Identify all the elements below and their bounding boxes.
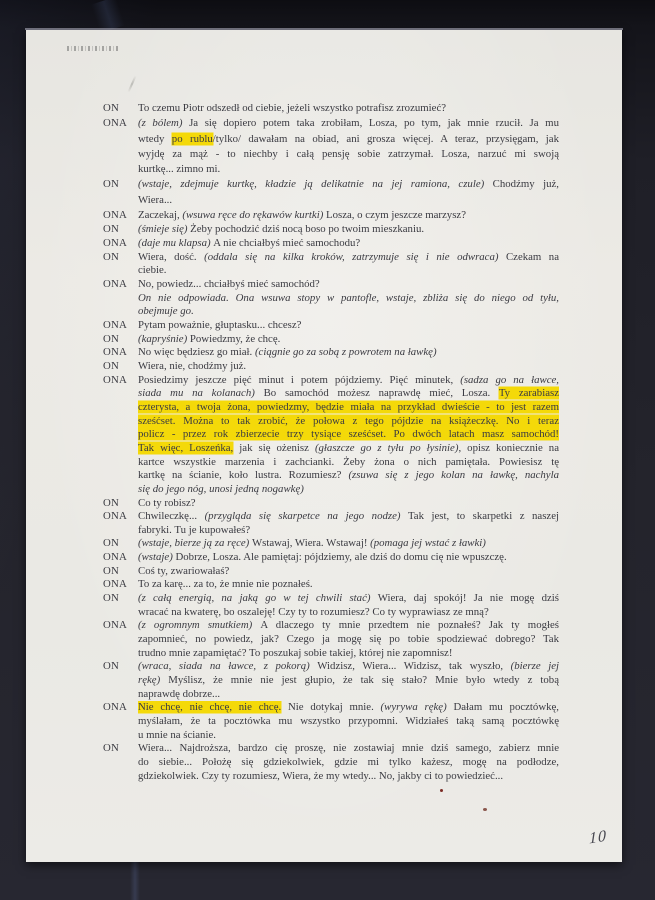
speaker-label: ON — [103, 497, 138, 511]
entry-body: (kapryśnie) Powiedzmy, że chcę. — [138, 333, 559, 347]
dialogue-text: Dałam mu pocztówkę, — [453, 701, 559, 713]
script-line: No więc będziesz go miał. (ciągnie go za… — [138, 346, 559, 360]
entry-body: To czemu Piotr odszedł od ciebie, jeżeli… — [138, 101, 559, 116]
dialogue-text: Losza, o czym jeszcze marzysz? — [326, 209, 466, 221]
speaker-label: ON — [103, 177, 138, 208]
speaker-label: ONA — [103, 278, 138, 292]
speaker-label: ONA — [103, 510, 138, 537]
speaker-label — [103, 292, 138, 319]
script-line: (wstaje) Dobrze, Losza. Ale pamiętaj: pó… — [138, 551, 559, 565]
dialogue-text: Tak jest, to skarpetki z naszej — [408, 510, 559, 522]
stage-direction: (wyrywa rękę) — [381, 701, 454, 713]
script-line: ciebie. — [138, 264, 559, 278]
script-line: kurtkę... zimno mi. — [138, 162, 559, 177]
script-line: Co ty robisz? — [138, 497, 559, 511]
stage-direction: (wstaje, zdejmuje kurtkę, kładzie ją del… — [138, 178, 493, 190]
speaker-label: ONA — [103, 319, 138, 333]
dialogue-entry: ONWiera... Najdroższa, bardzo cię proszę… — [103, 742, 559, 783]
entry-body: Co ty robisz? — [138, 497, 559, 511]
dialogue-entry: ON(wraca, siada na ławce, z pokorą) Widz… — [103, 660, 559, 701]
document-page: ONTo czemu Piotr odszedł od ciebie, jeże… — [26, 30, 622, 862]
entry-body: (daje mu klapsa) A nie chciałbyś mieć sa… — [138, 237, 559, 251]
script-line: To czemu Piotr odszedł od ciebie, jeżeli… — [138, 101, 559, 116]
dialogue-text: Chodźmy już, — [493, 178, 559, 190]
stage-direction: (śmieje się) — [138, 223, 190, 235]
stage-direction: (zsuwa się z jego kolan na ławkę, nachyl… — [348, 469, 559, 481]
entry-body: Wiera, nie, chodźmy już. — [138, 360, 559, 374]
stage-direction: (pomaga jej wstać z ławki) — [370, 537, 486, 549]
dialogue-text: do siebie... Położę się gdziekolwiek, gd… — [138, 756, 559, 768]
highlighted-text: Ty zarabiasz — [499, 387, 559, 399]
speaker-label: ONA — [103, 374, 138, 497]
entry-body: (z całą energią, na jaką go w tej chwili… — [138, 592, 559, 619]
red-speck — [483, 808, 487, 811]
dialogue-text: Ja się dopiero potem taka zrobiłam, Losz… — [189, 117, 559, 129]
stage-direction: (wstaje, bierze ją za ręce) — [138, 537, 252, 549]
stage-direction: (daje mu klapsa) — [138, 237, 213, 249]
speaker-label: ONA — [103, 619, 138, 660]
entry-body: Coś ty, zwariowałaś? — [138, 565, 559, 579]
entry-body: Posiedzimy jeszcze pięć minut i potem pó… — [138, 374, 559, 497]
speaker-label: ON — [103, 333, 138, 347]
entry-body: Wiera... Najdroższa, bardzo cię proszę, … — [138, 742, 559, 783]
dialogue-text: Wstawaj, Wiera. Wstawaj! — [252, 537, 370, 549]
stage-direction: (wraca, siada na ławce, z pokorą) — [138, 660, 317, 672]
speaker-label: ON — [103, 565, 138, 579]
script-line: trudno mnie zapamiętać? To poszukaj sobi… — [138, 647, 559, 661]
dialogue-entry: ONWiera, nie, chodźmy już. — [103, 360, 559, 374]
dialogue-text: Nie dotykaj mnie. — [281, 701, 380, 713]
speaker-label: ON — [103, 251, 138, 278]
scan-streak — [130, 856, 140, 900]
script-line: zapomnieć, no powiedz, jak? Czego ja mog… — [138, 633, 559, 647]
speaker-label: ON — [103, 660, 138, 701]
dialogue-entry: ONA(z ogromnym smutkiem) A dlaczego ty m… — [103, 619, 559, 660]
entry-body: (wstaje) Dobrze, Losza. Ale pamiętaj: pó… — [138, 551, 559, 565]
script-line: gdziekolwiek. Czy ty rozumiesz, Wiera, ż… — [138, 770, 559, 784]
stage-direction: (wsuwa ręce do rękawów kurtki) — [182, 209, 326, 221]
script-line: u mnie na ścianie. — [138, 729, 559, 743]
dialogue-text: A nie chciałbyś mieć samochodu? — [213, 237, 360, 249]
dialogue-text: To czemu Piotr odszedł od ciebie, jeżeli… — [138, 102, 446, 114]
stage-direction: (z bólem) — [138, 117, 189, 129]
dialogue-text: Powiedzmy, że chcę. — [190, 333, 280, 345]
dialogue-text: Coś ty, zwariowałaś? — [138, 565, 229, 577]
entry-body: No, powiedz... chciałbyś mieć samochód? — [138, 278, 559, 292]
speaker-label: ONA — [103, 116, 138, 177]
speaker-label: ON — [103, 101, 138, 116]
script-line: No, powiedz... chciałbyś mieć samochód? — [138, 278, 559, 292]
dialogue-text: fabryki. Tu je kupowałeś? — [138, 524, 250, 536]
script-line: (z całą energią, na jaką go w tej chwili… — [138, 592, 559, 606]
dialogue-text: wyjdę za mąż - to niechby i całą pensję … — [138, 148, 559, 160]
script-line: obejmuje go. — [138, 305, 559, 319]
dialogue-text: Żeby pochodzić dziś nocą boso po twoim m… — [190, 223, 424, 235]
dialogue-entry: ONTo czemu Piotr odszedł od ciebie, jeże… — [103, 101, 559, 116]
script-line: naprawdę dobrze... — [138, 688, 559, 702]
speaker-label: ON — [103, 360, 138, 374]
script-line: policz - przez rok zbierzecie trzy tysią… — [138, 428, 559, 442]
dialogue-text: kurtkę... zimno mi. — [138, 163, 220, 175]
dialogue-text: Dobrze, Losza. Ale pamiętaj: pójdziemy, … — [175, 551, 506, 563]
entry-body: (wraca, siada na ławce, z pokorą) Widzis… — [138, 660, 559, 701]
dialogue-entry: ONAPosiedzimy jeszcze pięć minut i potem… — [103, 374, 559, 497]
dialogue-text: No, powiedz... chciałbyś mieć samochód? — [138, 278, 320, 290]
dialogue-text: , opisz koniecznie na — [458, 442, 559, 454]
dialogue-entry: ONAChwileczkę... (przygląda się skarpetc… — [103, 510, 559, 537]
script-line: Coś ty, zwariowałaś? — [138, 565, 559, 579]
stage-direction: (z całą energią, na jaką go w tej chwili… — [138, 592, 378, 604]
script-line: Nie chcę, nie chcę, nie chcę. Nie dotyka… — [138, 701, 559, 715]
dialogue-text: Wiera, dość. — [138, 251, 204, 263]
script-line: wtedy po rublu/tylko/ dawałam na obiad, … — [138, 132, 559, 147]
script-line: (wstaje, bierze ją za ręce) Wstawaj, Wie… — [138, 537, 559, 551]
entry-body: To za karę... za to, że mnie nie poznałe… — [138, 578, 559, 592]
dialogue-text: ciebie. — [138, 264, 166, 276]
dialogue-text: Widzisz, Wiera... Widzisz, tak wyszło, — [317, 660, 510, 672]
entry-body: Wiera, dość. (oddala się na kilka kroków… — [138, 251, 559, 278]
entry-body: No więc będziesz go miał. (ciągnie go za… — [138, 346, 559, 360]
stage-direction: rękę) — [138, 674, 168, 686]
dialogue-entry: ON(wstaje, zdejmuje kurtkę, kładzie ją d… — [103, 177, 559, 208]
highlighted-text: sześćset. Można to tak zrobić, że połowa… — [138, 415, 559, 427]
entry-body: Chwileczkę... (przygląda się skarpetce n… — [138, 510, 559, 537]
script-line: Wiera, nie, chodźmy już. — [138, 360, 559, 374]
stage-direction: obejmuje go. — [138, 305, 194, 317]
script-line: Tak więc, Loszeńka, jak się ożenisz (gła… — [138, 442, 559, 456]
dialogue-text: kartkę na ścianie, koło lustra. Rozumies… — [138, 469, 348, 481]
dialogue-text: gdziekolwiek. Czy ty rozumiesz, Wiera, ż… — [138, 770, 503, 782]
dialogue-entry: ONA(wstaje) Dobrze, Losza. Ale pamiętaj:… — [103, 551, 559, 565]
script-line: On nie odpowiada. Ona wsuwa stopy w pant… — [138, 292, 559, 306]
script-line: Wiera, dość. (oddala się na kilka kroków… — [138, 251, 559, 265]
script-line: wracać na kwaterę, bo oszaleję! Czy ty t… — [138, 606, 559, 620]
script-line: Zaczekaj, (wsuwa ręce do rękawów kurtki)… — [138, 208, 559, 223]
script-line: Wiera... — [138, 193, 559, 208]
script-line: kartce wszystkie marzenia i zachcianki. … — [138, 456, 559, 470]
stage-direction: (wstaje) — [138, 551, 175, 563]
script-line: się do jego nóg, unosi jedną nogawkę) — [138, 483, 559, 497]
dialogue-entry: ON(z całą energią, na jaką go w tej chwi… — [103, 592, 559, 619]
speaker-label: ONA — [103, 578, 138, 592]
script-line: Chwileczkę... (przygląda się skarpetce n… — [138, 510, 559, 524]
stage-direction: (oddala się na kilka kroków, zatrzymuje … — [204, 251, 506, 263]
dialogue-entry: ONANo, powiedz... chciałbyś mieć samochó… — [103, 278, 559, 292]
speaker-label: ON — [103, 592, 138, 619]
entry-body: On nie odpowiada. Ona wsuwa stopy w pant… — [138, 292, 559, 319]
script-line: do siebie... Położę się gdziekolwiek, gd… — [138, 756, 559, 770]
dialogue-text: Wiera... Najdroższa, bardzo cię proszę, … — [138, 742, 559, 754]
speaker-label: ONA — [103, 237, 138, 251]
script-line: kartkę na ścianie, koło lustra. Rozumies… — [138, 469, 559, 483]
script-line: Pytam poważnie, głuptasku... chcesz? — [138, 319, 559, 333]
stage-direction: (z ogromnym smutkiem) — [138, 619, 260, 631]
speaker-label: ON — [103, 742, 138, 783]
highlighted-text: Nie chcę, nie chcę, nie chcę. — [138, 701, 281, 713]
scratch-mark — [127, 75, 136, 92]
dialogue-entry: ON(wstaje, bierze ją za ręce) Wstawaj, W… — [103, 537, 559, 551]
script-line: (wraca, siada na ławce, z pokorą) Widzis… — [138, 660, 559, 674]
script-line: myślałam, że ta pocztówka mu wszystko pr… — [138, 715, 559, 729]
dialogue-entry: ONATo za karę... za to, że mnie nie pozn… — [103, 578, 559, 592]
dialogue-entry: ONCoś ty, zwariowałaś? — [103, 565, 559, 579]
entry-body: (z bólem) Ja się dopiero potem taka zrob… — [138, 116, 559, 177]
script-line: Wiera... Najdroższa, bardzo cię proszę, … — [138, 742, 559, 756]
dialogue-text: Bo samochód możesz naprawdę mieć, Losza. — [264, 387, 499, 399]
dialogue-entry: ONANo więc będziesz go miał. (ciągnie go… — [103, 346, 559, 360]
scan-background: ONTo czemu Piotr odszedł od ciebie, jeże… — [0, 0, 655, 900]
entry-body: Nie chcę, nie chcę, nie chcę. Nie dotyka… — [138, 701, 559, 742]
speaker-label: ON — [103, 223, 138, 237]
dialogue-entry: ONA(z bólem) Ja się dopiero potem taka z… — [103, 116, 559, 177]
dialogue-text: naprawdę dobrze... — [138, 688, 220, 700]
script-line: czterysta, a twoja żona, powiedzmy, będz… — [138, 401, 559, 415]
dialogue-text: No więc będziesz go miał. — [138, 346, 255, 358]
script-line: rękę) Myślisz, że mnie nie jest głupio, … — [138, 674, 559, 688]
dialogue-text: Myślisz, że mnie nie jest głupio, że tak… — [168, 674, 559, 686]
dialogue-entry: ONAPytam poważnie, głuptasku... chcesz? — [103, 319, 559, 333]
dialogue-text: Wiera, daj spokój! Ja nie mogę dziś — [378, 592, 559, 604]
highlighted-text: po rublu — [172, 133, 213, 145]
speaker-label: ON — [103, 537, 138, 551]
stage-direction: (sadza go na ławce, — [460, 374, 559, 386]
highlighted-text: Tak więc, Loszeńka, — [138, 442, 233, 454]
dialogue-text: wtedy — [138, 133, 172, 145]
dialogue-text: trudno mnie zapamiętać? To poszukaj sobi… — [138, 647, 452, 659]
dialogue-text: Wiera, nie, chodźmy już. — [138, 360, 246, 372]
dialogue-text: To za karę... za to, że mnie nie poznałe… — [138, 578, 313, 590]
script-line: (kapryśnie) Powiedzmy, że chcę. — [138, 333, 559, 347]
dialogue-entry: On nie odpowiada. Ona wsuwa stopy w pant… — [103, 292, 559, 319]
dialogue-entry: ONWiera, dość. (oddala się na kilka krok… — [103, 251, 559, 278]
entry-body: (wstaje, bierze ją za ręce) Wstawaj, Wie… — [138, 537, 559, 551]
dialogue-text: myślałam, że ta pocztówka mu wszystko pr… — [138, 715, 559, 727]
dialogue-text: Zaczekaj, — [138, 209, 182, 221]
dialogue-entry: ONA(daje mu klapsa) A nie chciałbyś mieć… — [103, 237, 559, 251]
dialogue-entry: ONAZaczekaj, (wsuwa ręce do rękawów kurt… — [103, 208, 559, 223]
script-line: (z ogromnym smutkiem) A dlaczego ty mnie… — [138, 619, 559, 633]
speaker-label: ONA — [103, 551, 138, 565]
dialogue-entry: ON(śmieje się) Żeby pochodzić dziś nocą … — [103, 223, 559, 237]
entry-body: (śmieje się) Żeby pochodzić dziś nocą bo… — [138, 223, 559, 237]
speaker-label: ONA — [103, 346, 138, 360]
script-line: wyjdę za mąż - to niechby i całą pensję … — [138, 147, 559, 162]
dialogue-text: wracać na kwaterę, bo oszaleję! Czy ty t… — [138, 606, 489, 618]
dialogue-text: kartce wszystkie marzenia i zachcianki. … — [138, 456, 559, 468]
stage-direction: (kapryśnie) — [138, 333, 190, 345]
stage-direction: (głaszcze go z tyłu po łysinie) — [315, 442, 459, 454]
stage-direction: siada mu na kolanach) — [138, 387, 264, 399]
dialogue-text: Posiedzimy jeszcze pięć minut i potem pó… — [138, 374, 460, 386]
dialogue-text: Wiera... — [138, 194, 172, 206]
script-line: sześćset. Można to tak zrobić, że połowa… — [138, 415, 559, 429]
script-line: fabryki. Tu je kupowałeś? — [138, 524, 559, 538]
dialogue-text: Chwileczkę... — [138, 510, 205, 522]
script-line: (daje mu klapsa) A nie chciałbyś mieć sa… — [138, 237, 559, 251]
entry-body: (wstaje, zdejmuje kurtkę, kładzie ją del… — [138, 177, 559, 208]
stage-direction: (przygląda się skarpetce na jego nodze) — [205, 510, 408, 522]
highlighted-text: czterysta, a twoja żona, powiedzmy, będz… — [138, 401, 559, 413]
red-speck — [440, 789, 443, 792]
highlighted-text: policz - przez rok zbierzecie trzy tysią… — [138, 428, 559, 440]
entry-body: Zaczekaj, (wsuwa ręce do rękawów kurtki)… — [138, 208, 559, 223]
script-line: (wstaje, zdejmuje kurtkę, kładzie ją del… — [138, 177, 559, 192]
script-line: To za karę... za to, że mnie nie poznałe… — [138, 578, 559, 592]
script-line: (śmieje się) Żeby pochodzić dziś nocą bo… — [138, 223, 559, 237]
page-number: 10 — [589, 828, 607, 849]
dialogue-text: Czekam na — [506, 251, 559, 263]
stage-direction: (bierze jej — [511, 660, 559, 672]
dialogue-text: Pytam poważnie, głuptasku... chcesz? — [138, 319, 301, 331]
dialogue-text: Co ty robisz? — [138, 497, 196, 509]
script-line: (z bólem) Ja się dopiero potem taka zrob… — [138, 116, 559, 131]
dialogue-entry: ONCo ty robisz? — [103, 497, 559, 511]
stage-direction: (ciągnie go za sobą z powrotem na ławkę) — [255, 346, 437, 358]
dialogue: ONTo czemu Piotr odszedł od ciebie, jeże… — [103, 101, 559, 783]
dialogue-text: u mnie na ścianie. — [138, 729, 216, 741]
dialogue-text: zapomnieć, no powiedz, jak? Czego ja mog… — [138, 633, 559, 645]
speaker-label: ONA — [103, 208, 138, 223]
stage-direction: On nie odpowiada. Ona wsuwa stopy w pant… — [138, 292, 559, 304]
script-line: siada mu na kolanach) Bo samochód możesz… — [138, 387, 559, 401]
entry-body: (z ogromnym smutkiem) A dlaczego ty mnie… — [138, 619, 559, 660]
speaker-label: ONA — [103, 701, 138, 742]
dialogue-entry: ON(kapryśnie) Powiedzmy, że chcę. — [103, 333, 559, 347]
script-line: Posiedzimy jeszcze pięć minut i potem pó… — [138, 374, 559, 388]
illegible-stamp — [67, 46, 119, 51]
dialogue-text: jak się ożenisz — [233, 442, 315, 454]
dialogue-text: A dlaczego ty mnie przedtem nie poznałeś… — [260, 619, 559, 631]
dialogue-text: /tylko/ dawałam na obiad, ani grosza wię… — [213, 133, 559, 145]
entry-body: Pytam poważnie, głuptasku... chcesz? — [138, 319, 559, 333]
dialogue-entry: ONANie chcę, nie chcę, nie chcę. Nie dot… — [103, 701, 559, 742]
stage-direction: się do jego nóg, unosi jedną nogawkę) — [138, 483, 304, 495]
